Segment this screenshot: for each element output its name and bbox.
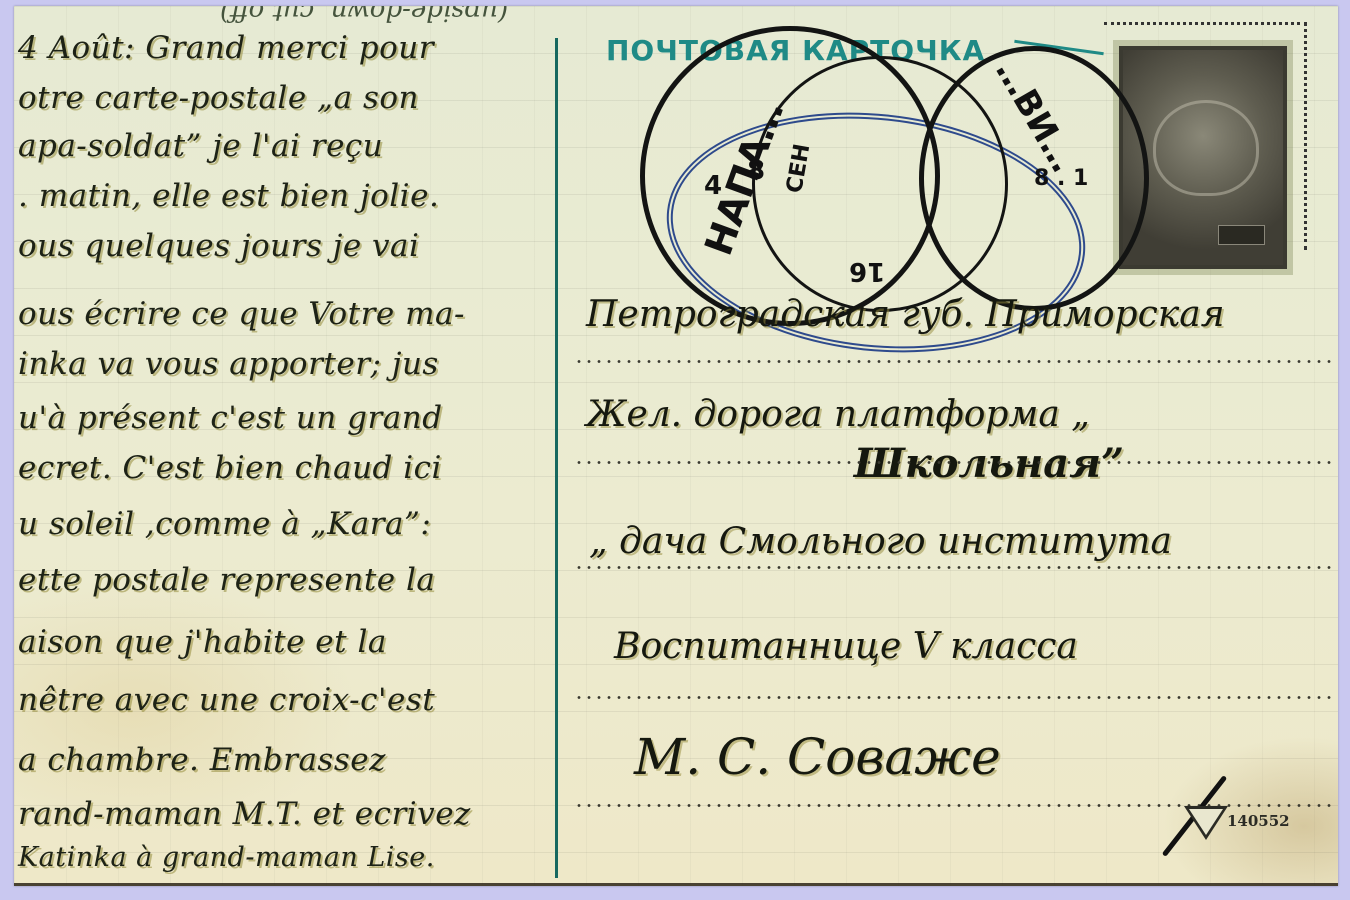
postmark-date-day: 4 [704, 171, 722, 201]
message-line: aison que j'habite et la [18, 624, 387, 660]
postcard: …(upside-down, cut off)… 4 Août: Grand m… [14, 6, 1338, 886]
message-line: ous écrire ce que Votre ma- [18, 296, 465, 332]
message-line: rand-maman M.T. et ecrivez [18, 796, 471, 832]
postmark-date-year: 16 [849, 256, 885, 286]
message-line: ecret. C'est bien chaud ici [18, 450, 442, 486]
address-line-pupil: Воспитаннице V класса [614, 626, 1078, 667]
message-line: Katinka à grand-maman Lise. [18, 842, 435, 873]
address-line-region: Петроградская губ. Приморская [586, 294, 1225, 335]
stamp-value-box [1218, 225, 1265, 245]
message-line: 4 Août: Grand merci pour [18, 30, 434, 66]
message-line: apa-soldat” je l'ai reçu [18, 128, 383, 164]
inverted-handwriting-fragment: …(upside-down, cut off)… [194, 6, 534, 26]
vertical-divider [555, 38, 558, 878]
postmark-stamp-fragment: 8 . 1 [1034, 166, 1088, 191]
address-line-recipient: М. С. Соваже [634, 728, 1001, 786]
address-dotted-line [574, 360, 1334, 363]
message-line: ette postale represente la [18, 562, 435, 598]
message-line: a chambre. Embrassez [18, 742, 386, 778]
message-line: inka va vous apporter; jus [18, 346, 439, 382]
coat-of-arms-icon [1153, 100, 1259, 196]
postmark-date-fragment: 8 [747, 156, 765, 186]
address-dotted-line [574, 461, 1334, 464]
message-line: u'à présent c'est un grand [18, 400, 443, 436]
address-dotted-line [574, 566, 1334, 569]
address-dotted-line [574, 696, 1334, 699]
address-line-dacha: „ дача Смольного института [589, 521, 1172, 562]
message-line: otre carte-postale „a son [18, 80, 419, 116]
message-line: nêtre avec une croix-c'est [18, 682, 435, 718]
printer-triangle-logo-icon [1184, 806, 1228, 840]
printer-number: 140552 [1227, 812, 1290, 830]
address-line-railway: Жел. дорога платформа „ [586, 394, 1090, 435]
message-line: ous quelques jours je vai [18, 228, 419, 264]
message-line: . matin, elle est bien jolie. [18, 178, 439, 214]
message-line: u soleil ,comme à „Kara”: [18, 506, 431, 542]
message-panel: …(upside-down, cut off)… 4 Août: Grand m… [14, 6, 554, 886]
